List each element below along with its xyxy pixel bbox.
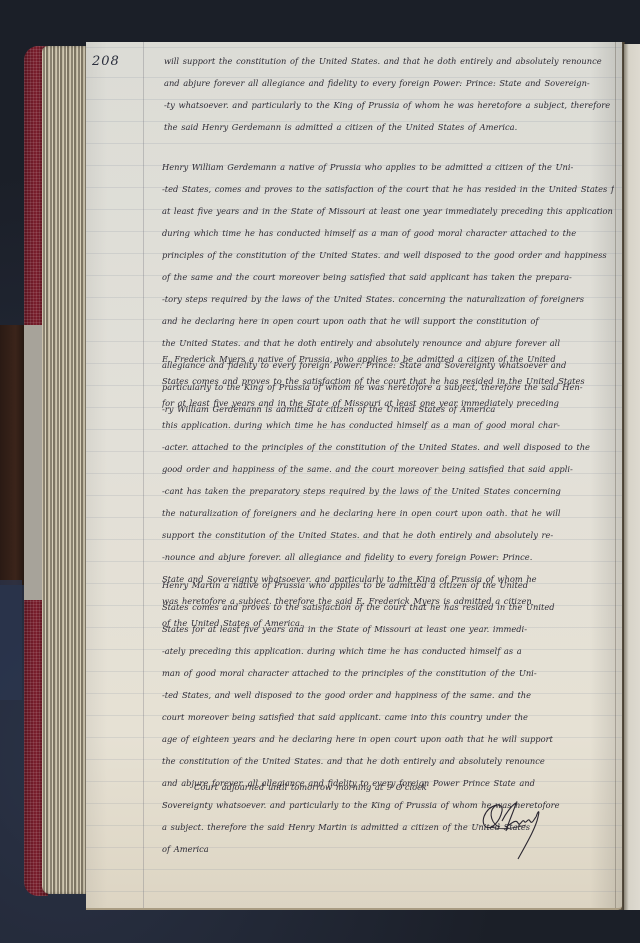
- text-line: States comes and proves to the satisfact…: [162, 370, 614, 392]
- text-line: this application. during which time he h…: [162, 414, 614, 436]
- text-line: -ately preceding this application. durin…: [162, 640, 614, 662]
- text-line: court moreover being satisfied that said…: [162, 706, 614, 728]
- ledger-page: 208 will support the constitution of the…: [86, 42, 622, 910]
- left-margin-rule: [143, 42, 144, 908]
- page-edges-stack: [42, 46, 88, 894]
- text-line: -acter. attached to the principles of th…: [162, 436, 614, 458]
- binding-label-strip: [24, 325, 42, 600]
- text-line: the naturalization of foreigners and he …: [162, 502, 614, 524]
- text-line: and he declaring here in open court upon…: [162, 310, 614, 332]
- text-line: and abjure forever all allegiance and fi…: [164, 72, 616, 94]
- text-line: will support the constitution of the Uni…: [164, 50, 616, 72]
- text-line: good order and happiness of the same. an…: [162, 458, 614, 480]
- text-line: the constitution of the United States. a…: [162, 750, 614, 772]
- text-line: States for at least five years and in th…: [162, 618, 614, 640]
- page-number: 208: [92, 54, 120, 69]
- text-line: Henry Martin a native of Prussia who app…: [162, 574, 614, 596]
- text-line: at least five years and in the State of …: [162, 200, 614, 222]
- text-line: -ted States, comes and proves to the sat…: [162, 178, 614, 200]
- text-line: man of good moral character attached to …: [162, 662, 614, 684]
- text-line: -ted States, and well disposed to the go…: [162, 684, 614, 706]
- right-margin-rule: [615, 42, 616, 908]
- text-line: -tory steps required by the laws of the …: [162, 288, 614, 310]
- text-line: principles of the constitution of the Un…: [162, 244, 614, 266]
- text-line: of the same and the court moreover being…: [162, 266, 614, 288]
- text-line: States comes and proves to the satisfact…: [162, 596, 614, 618]
- text-line: -ty whatsoever. and particularly to the …: [164, 94, 616, 116]
- background-volume: [0, 325, 26, 585]
- text-line: -nounce and abjure forever. all allegian…: [162, 546, 614, 568]
- text-line: age of eighteen years and he declaring h…: [162, 728, 614, 750]
- court-adjourned-note: Court adjourned until tomorrow morning a…: [194, 782, 427, 792]
- text-line: during which time he has conducted himse…: [162, 222, 614, 244]
- text-line: the said Henry Gerdemann is admitted a c…: [164, 116, 616, 138]
- background-cloth: [0, 580, 22, 700]
- signature-icon: [478, 797, 554, 867]
- facing-page-sliver: [624, 44, 640, 910]
- text-line: E. Frederick Myers a native of Prussia, …: [162, 348, 614, 370]
- text-line: -cant has taken the preparatory steps re…: [162, 480, 614, 502]
- entry-continuation: will support the constitution of the Uni…: [164, 50, 616, 138]
- text-line: Henry William Gerdemann a native of Prus…: [162, 156, 614, 178]
- text-line: support the constitution of the United S…: [162, 524, 614, 546]
- text-line: for at least five years and in the State…: [162, 392, 614, 414]
- scan-scene: 208 will support the constitution of the…: [0, 0, 640, 943]
